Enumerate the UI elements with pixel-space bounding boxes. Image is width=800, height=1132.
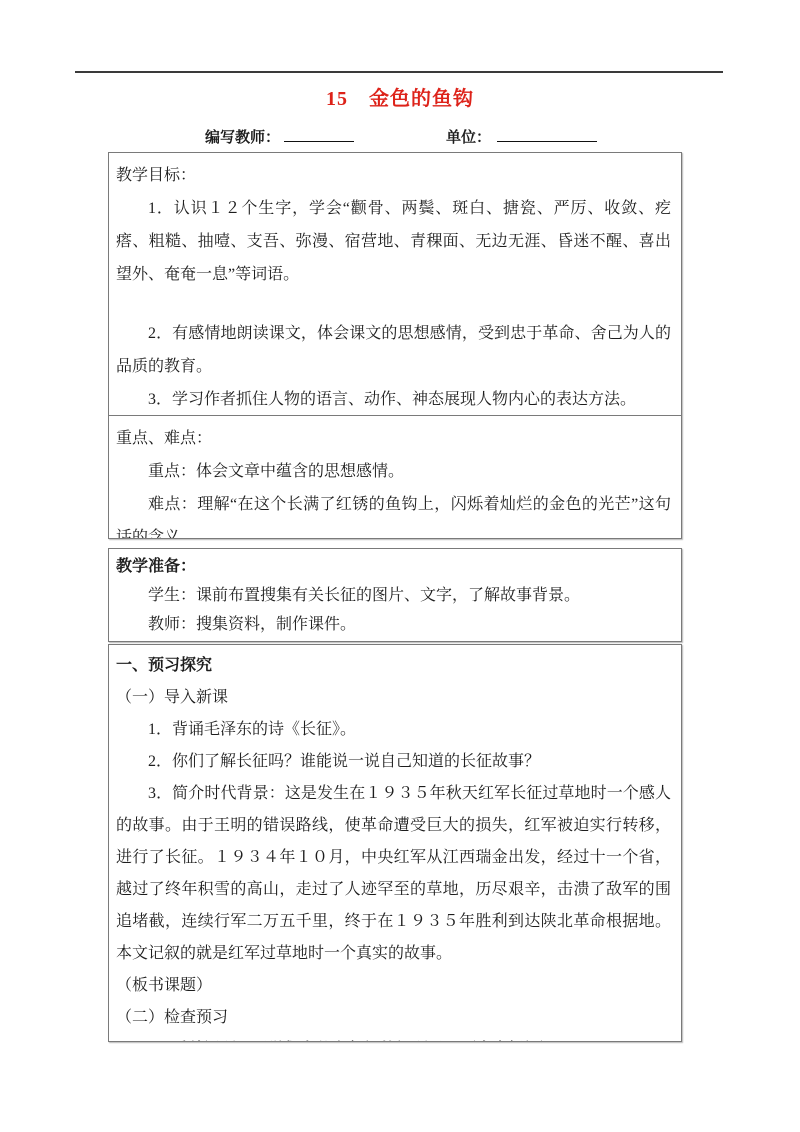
board-note: （板书课题） bbox=[116, 970, 671, 1002]
keypoints-row: 重点、难点： 重点：体会文章中蕴含的思想感情。 难点：理解“在这个长满了红锈的鱼… bbox=[109, 416, 681, 538]
objective-item-2: 2．有感情地朗读课文，体会课文的思想感情，受到忠于革命、舍己为人的品质的教育。 bbox=[116, 317, 671, 383]
objectives-row: 教学目标： 1．认识１２个生字，学会“颧骨、两鬓、斑白、搪瓷、严厉、收敛、疙瘩、… bbox=[109, 153, 681, 416]
keypoint-item-1: 重点：体会文章中蕴含的思想感情。 bbox=[116, 455, 671, 488]
unit-label: 单位： bbox=[446, 130, 491, 146]
preparation-item-teacher: 教师：搜集资料，制作课件。 bbox=[116, 610, 671, 639]
preview-sub1-item-3: 3．简介时代背景：这是发生在１９３５年秋天红军长征过草地时一个感人的故事。由于王… bbox=[116, 778, 671, 970]
preview-sub2-item-1: 1．看着课题，同学们有什么想问的问题吗？（自由提问） bbox=[116, 1034, 671, 1041]
top-divider-rule bbox=[75, 71, 723, 73]
keypoint-item-2: 难点：理解“在这个长满了红锈的鱼钩上，闪烁着灿烂的金色的光芒”这句话的含义。 bbox=[116, 488, 671, 538]
lesson-plan-page: 15 金色的鱼钩 编写教师：单位： 教学目标： 1．认识１２个生字，学会“颧骨、… bbox=[0, 0, 800, 1132]
objective-item-3: 3．学习作者抓住人物的语言、动作、神态展现人物内心的表达方法。 bbox=[116, 383, 671, 416]
page-title: 15 金色的鱼钩 bbox=[0, 82, 800, 111]
preparation-label: 教学准备： bbox=[116, 552, 671, 581]
preparation-cell: 教学准备： 学生：课前布置搜集有关长征的图片、文字，了解故事背景。 教师：搜集资… bbox=[109, 549, 681, 639]
preview-cell: 一、预习探究 （一）导入新课 1．背诵毛泽东的诗《长征》。 2．你们了解长征吗？… bbox=[109, 645, 681, 1041]
preview-sub2-heading: （二）检查预习 bbox=[116, 1002, 671, 1034]
section-preparation: 教学准备： 学生：课前布置搜集有关长征的图片、文字，了解故事背景。 教师：搜集资… bbox=[108, 548, 682, 642]
teacher-blank-field bbox=[284, 127, 354, 142]
preview-sub1-item-1: 1．背诵毛泽东的诗《长征》。 bbox=[116, 714, 671, 746]
preview-sub1-heading: （一）导入新课 bbox=[116, 682, 671, 714]
section-objectives-and-keypoints: 教学目标： 1．认识１２个生字，学会“颧骨、两鬓、斑白、搪瓷、严厉、收敛、疙瘩、… bbox=[108, 152, 682, 539]
objective-item-1: 1．认识１２个生字，学会“颧骨、两鬓、斑白、搪瓷、严厉、收敛、疙瘩、粗糙、抽噎、… bbox=[116, 192, 671, 291]
keypoints-label: 重点、难点： bbox=[116, 422, 671, 455]
preparation-item-student: 学生：课前布置搜集有关长征的图片、文字，了解故事背景。 bbox=[116, 581, 671, 610]
preview-heading: 一、预习探究 bbox=[116, 650, 671, 682]
teacher-label: 编写教师： bbox=[205, 130, 280, 146]
unit-blank-field bbox=[497, 127, 597, 142]
objectives-label: 教学目标： bbox=[116, 159, 671, 192]
section-preview-explore: 一、预习探究 （一）导入新课 1．背诵毛泽东的诗《长征》。 2．你们了解长征吗？… bbox=[108, 644, 682, 1042]
meta-row: 编写教师：单位： bbox=[205, 126, 725, 147]
preview-sub1-item-2: 2．你们了解长征吗？谁能说一说自己知道的长征故事？ bbox=[116, 746, 671, 778]
